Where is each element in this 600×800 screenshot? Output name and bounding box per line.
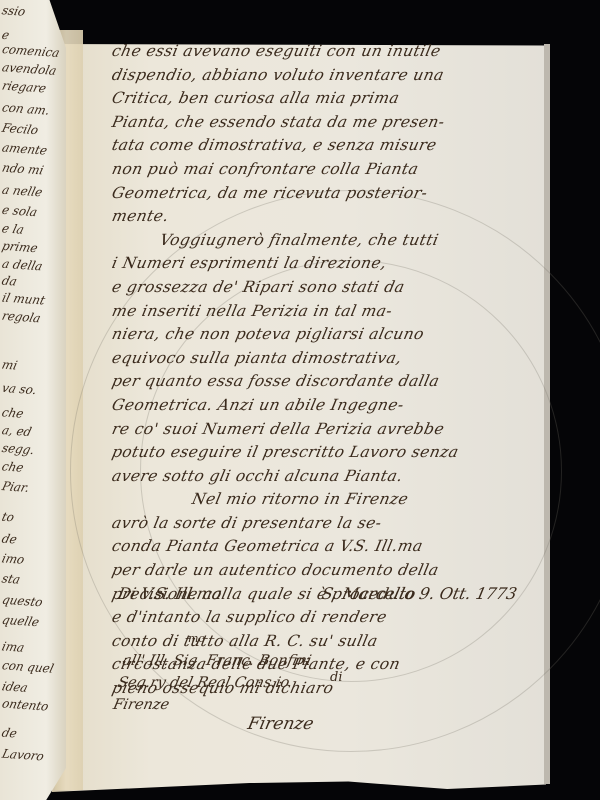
address-block: all' Ill. Sig. Franc. Bonfini Seg.ry del… (111, 650, 314, 716)
left-fragment: che (0, 405, 25, 420)
letter-line: Geometrica. Anzi un abile Ingegne- (109, 394, 534, 418)
letter-line: dispendio, abbiano voluto inventare una (109, 64, 534, 88)
letter-line: equivoco sulla pianta dimostrativa, (109, 347, 534, 371)
letter-line: non può mai confrontare colla Pianta (109, 158, 534, 182)
letter-line: Nel mio ritorno in Firenze (109, 488, 534, 512)
letter-line: e grossezza de' Ripari sono stati da (109, 276, 534, 300)
letter-line: che essi avevano eseguiti con un inutile (109, 40, 534, 64)
left-fragment: ssio (0, 3, 26, 19)
left-fragment: Piar. (0, 479, 30, 495)
letter-line: avrò la sorte di presentare la se- (109, 512, 534, 536)
letter-line: Pianta, che essendo stata da me presen- (109, 111, 534, 135)
left-fragment: ndo mi (1, 161, 45, 178)
left-fragment: regola (1, 309, 43, 326)
letter-line: i Numeri esprimenti la direzione, (109, 252, 534, 276)
address-suffix: di (330, 670, 342, 685)
letter-line: niera, che non poteva pigliarsi alcuno (109, 323, 534, 347)
letter-line: e d'intanto la supplico di rendere (109, 606, 534, 630)
letter-line: mente. (109, 205, 534, 229)
left-fragment: il munt (1, 291, 47, 308)
address-line-1: all' Ill. Sig. Franc. Bonfini (120, 650, 313, 672)
letter-line: Voggiugnerò finalmente, che tutti (109, 229, 534, 253)
letter-line: me inseriti nella Perizia in tal ma- (109, 300, 534, 324)
left-fragment: ima (0, 639, 25, 655)
left-fragment: riegare (1, 78, 48, 95)
left-fragment: a nelle (1, 183, 44, 200)
left-fragment: e la (0, 221, 25, 236)
letter-line: Geometrica, da me ricevuta posterior- (109, 182, 534, 206)
photo-background: ssio e comenica avendola riegare con am.… (0, 0, 600, 800)
address-line-2: Seg.ry del Real Cons.io (116, 672, 309, 694)
left-fragment: quelle (1, 613, 41, 630)
left-fragment: Lavoro (1, 747, 46, 764)
letter-line: Critica, ben curiosa alla mia prima (109, 87, 534, 111)
letter-line: potuto eseguire il prescritto Lavoro sen… (109, 441, 534, 465)
left-fragment: prime (1, 239, 40, 255)
letter-line: re co' suoi Numeri della Perizia avrebbe (109, 418, 534, 442)
left-fragment: e sola (1, 203, 39, 219)
left-fragment: sta (0, 571, 21, 586)
destination-city: Firenze (246, 714, 316, 734)
left-fragment: a della (1, 257, 44, 274)
left-fragment: a, ed (0, 423, 33, 439)
letter-line: avere sotto gli occhi alcuna Pianta. (109, 465, 534, 489)
place-date-signature: S. Marcello 9. Ott. 1773 (320, 584, 519, 603)
letter-line: per quanto essa fosse discordante dalla (109, 370, 534, 394)
left-fragment: va so. (1, 381, 39, 397)
left-fragment: segg. (1, 441, 36, 457)
left-fragment: che (0, 459, 25, 474)
closing-formula: Di V.S. Ill.ma (116, 584, 224, 603)
left-fragment: imo (0, 551, 26, 567)
left-fragment: idea (0, 679, 29, 695)
left-fragment: questo (1, 593, 45, 610)
letter-line: conda Pianta Geometrica a V.S. Ill.ma (109, 535, 534, 559)
letter-line: per darle un autentico documento della (109, 559, 534, 583)
address-line-3: Firenze (111, 694, 304, 716)
left-fragment: Fecilo (1, 121, 40, 138)
letter-line: tata come dimostrativa, e senza misure (109, 134, 534, 158)
address-superscript: mo (188, 632, 205, 645)
